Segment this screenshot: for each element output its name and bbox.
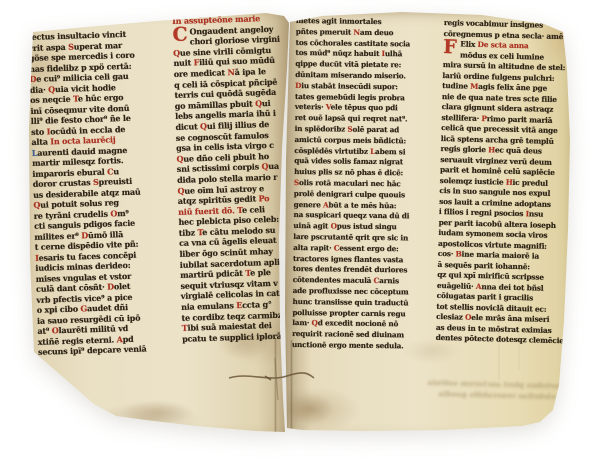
body-text: ele mrās āna miseri: [471, 313, 549, 324]
body-text: sto: [31, 126, 47, 136]
body-text: tudine: [442, 81, 470, 91]
body-text: tores dentes frendēt duriores: [293, 264, 407, 274]
body-text: qippe ducūt vitā pietate re:: [295, 59, 401, 69]
body-text: pñtes pmeruit: [296, 27, 354, 37]
body-text: solemqz iusticie: [440, 175, 506, 186]
body-text: ulhā: [385, 49, 402, 58]
body-text: mētes agit inmortales: [296, 16, 382, 26]
body-text: quā vides solis famaz nigrat: [294, 156, 403, 166]
body-text: lam·: [292, 318, 311, 327]
body-text: celebritas venerabilis gaudia: [438, 389, 560, 401]
body-text: hunc transiisse quin traductū: [292, 297, 408, 307]
text-column: tectus insultacio vincitvrit aspa Supera…: [28, 28, 178, 358]
body-text: tos cōchorales castitate socia: [296, 38, 411, 48]
body-text: vrit aspa: [28, 41, 68, 52]
body-text: in splēdoribz: [295, 124, 348, 134]
body-text: u: [113, 166, 119, 176]
body-text: olet: [114, 281, 131, 292]
body-text: amictū corpus meis bñdictū:: [294, 135, 406, 145]
body-text: dia·: [30, 84, 49, 95]
body-text: essent ergo de:: [339, 243, 398, 253]
body-text: cōsplēdēs virtutibz: [294, 146, 370, 156]
body-text: nsu: [529, 209, 544, 218]
stain: [122, 400, 194, 424]
body-text: ret ouē lapsā qui reqret nat⁹.: [295, 113, 408, 123]
body-text: regis vocabimur insignes: [444, 18, 543, 30]
body-text: na suspicari queqz vana dū di: [294, 210, 410, 220]
rubric-text: Po: [258, 193, 269, 203]
body-text: preuisti: [98, 176, 132, 187]
body-text: tos mūd⁹ nūqz habuit: [295, 48, 381, 58]
body-text: ūmō illā: [88, 229, 123, 240]
body-text: mōdus ex celi lumine: [460, 50, 544, 61]
body-text: requirit racionē sed diuinam: [292, 329, 404, 339]
body-text: e celi: [242, 204, 265, 215]
body-text: iu stabāt insecūdi supor:: [301, 81, 398, 91]
body-text: olis rotā maculari nec hāc: [299, 178, 401, 188]
body-text: uinā agit: [293, 221, 330, 230]
body-text: ine maria maiorē ia: [462, 250, 540, 261]
body-text: ā sequēs parit iohannē:: [437, 259, 530, 270]
body-text: lare pscrutantē qrit qre sic in: [293, 232, 408, 242]
body-text: unctionē ergo mente sedula.: [292, 340, 404, 350]
text-line: unctionē ergo mente sedula.: [292, 340, 438, 353]
body-text: olē parat ad: [352, 125, 399, 135]
body-text: alta rapit·: [293, 243, 334, 252]
body-text: stellifera·: [441, 112, 481, 122]
text-column: mētes agit inmortalespñtes pmeruit Nam d…: [292, 16, 442, 352]
body-text: audet dñi: [87, 302, 128, 313]
sewing-thread: [225, 356, 317, 402]
body-text: prolē denigrari culpe quouis: [294, 189, 405, 199]
text-column: In assūpteōne marieCOngaudent angeloycho…: [172, 12, 300, 344]
body-text: os neqcie: [30, 94, 73, 105]
body-text: dicut: [175, 121, 200, 132]
body-text: būt a te mēs hūa:: [328, 200, 396, 210]
body-text: tibz: [179, 227, 198, 238]
body-text: Elix: [460, 39, 477, 48]
body-text: pus istud singu: [337, 222, 397, 232]
body-text: pd: [122, 333, 133, 343]
body-text: ic predul: [513, 177, 548, 187]
body-text: ā ipa le: [235, 66, 266, 77]
body-text: d excedit nocionē nō: [318, 319, 399, 329]
body-text: agis felix āne pge: [478, 82, 547, 93]
body-text: euāgeliū·: [437, 280, 476, 290]
body-text: ccta g°: [242, 299, 272, 310]
body-text: arnis: [379, 276, 399, 285]
body-text: i filios i regni psocios: [439, 207, 526, 218]
body-text: tractores ignes flantes vasta: [293, 254, 403, 264]
body-text: cōiugatas parit i gracilis: [437, 291, 533, 303]
body-text: rimo parit mariā: [487, 114, 553, 125]
body-text: alta: [31, 136, 50, 147]
body-text: secuns ipī⁹ depcare veniā: [38, 343, 147, 356]
body-text: veteris·: [295, 102, 326, 111]
rubric-text: M: [470, 82, 478, 91]
body-text: nna dei tot bñsl: [481, 282, 543, 293]
text-line: pcatu te supplici iplorāt: [182, 330, 300, 344]
body-text: polluisse propter carnis regu: [292, 307, 405, 317]
body-text: ua: [268, 161, 279, 171]
body-text: genere: [294, 200, 323, 209]
body-text: cos·: [438, 249, 456, 258]
open-incunable-book: tectus insultacio vincitvrit aspa Supera…: [0, 0, 600, 461]
rubric-text: De scta anna: [477, 40, 528, 50]
body-text: clesiaz: [436, 312, 465, 322]
body-text: am deuo: [360, 28, 394, 37]
body-text: o xpi cibo: [37, 303, 81, 314]
body-text: abem si: [375, 147, 405, 156]
body-text: ele tēpus quo pdi: [331, 103, 398, 113]
body-text: ui: [262, 98, 271, 108]
body-text: cōtendentes maculā: [293, 275, 374, 285]
show-through-ghost-text: uetobns plovi anctorum solēniacelebritas…: [380, 376, 561, 403]
photo-background: tectus insultacio vincitvrit aspa Supera…: [0, 0, 600, 461]
body-text: ade profluxisse nec cōceptum: [293, 286, 409, 296]
body-text: e ple: [250, 267, 271, 278]
right-page: uetobns plovi anctorum solēniacelebritas…: [282, 10, 574, 440]
body-text: at⁹: [37, 325, 52, 335]
body-text: nuit: [173, 58, 193, 69]
body-text: tates gemebūdi legis probra: [295, 92, 405, 102]
body-text: m⁹: [117, 207, 129, 217]
text-line: dentes pōtecte dotesqz clemēcie: [435, 333, 561, 347]
body-text: huius plis sz nō phas ē dicē:: [294, 167, 403, 177]
body-text: ec quā deus: [495, 145, 542, 155]
text-column: regis vocabimur insignescōregnemus p etn…: [435, 18, 569, 347]
body-text: regis glorie: [440, 144, 488, 154]
body-text: dūnitam miserando miserio.: [295, 70, 406, 80]
